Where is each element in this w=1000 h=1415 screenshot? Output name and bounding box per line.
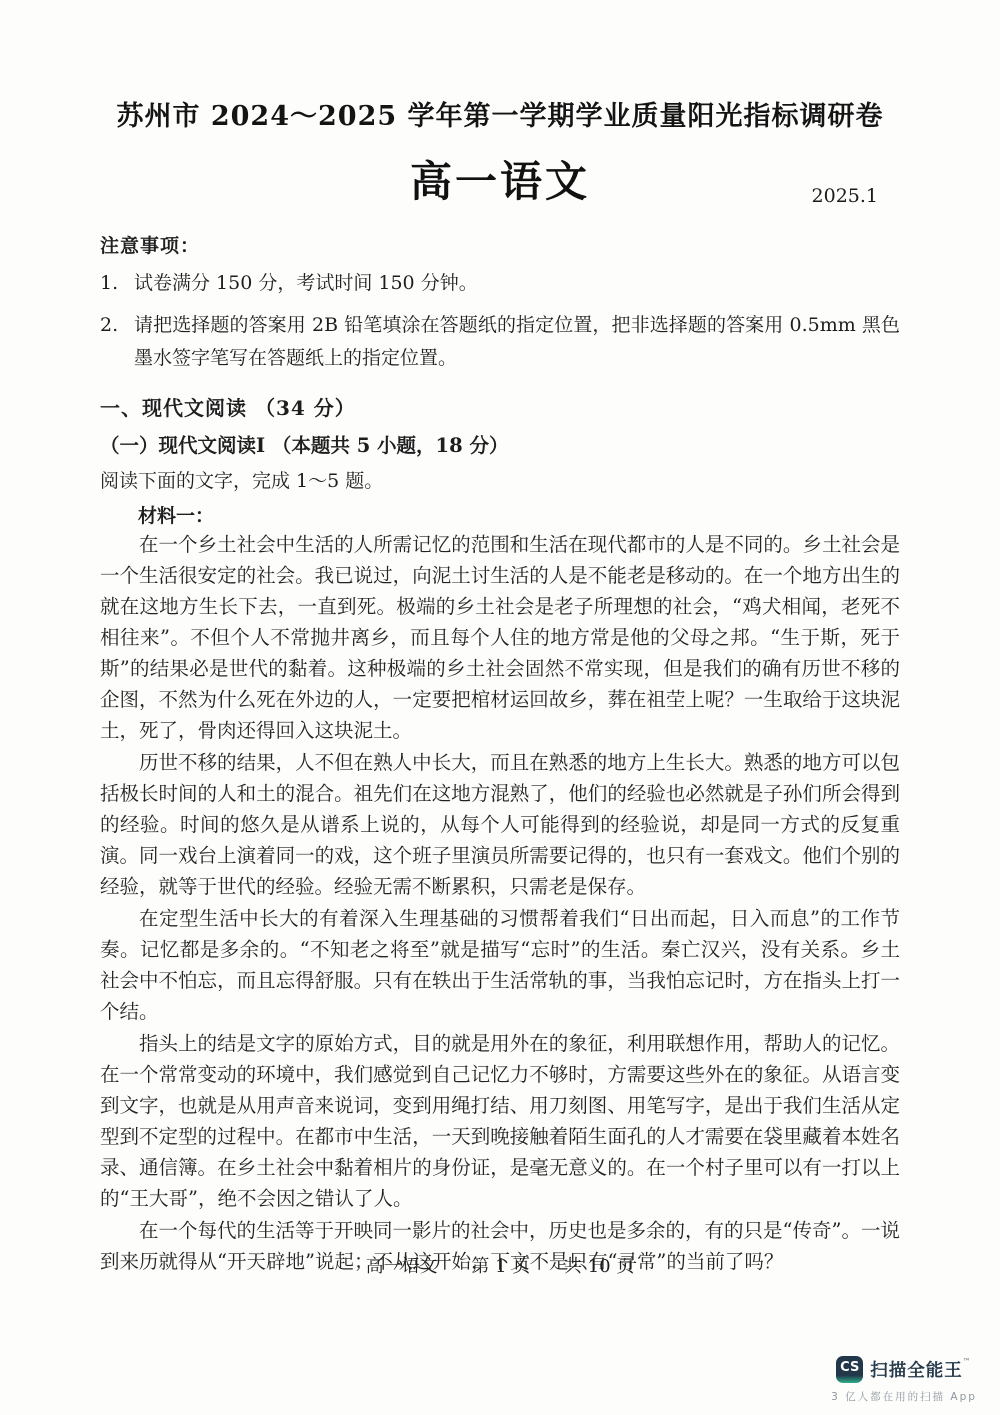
footer-subject: 高一语文 bbox=[366, 1256, 438, 1277]
notice-item-2: 2. 请把选择题的答案用 2B 铅笔填涂在答题纸的指定位置，把非选择题的答案用 … bbox=[100, 309, 900, 375]
scanner-app-name-text: 扫描全能王 bbox=[870, 1361, 963, 1381]
page-footer: 高一语文 第 1 页 共 10 页 bbox=[0, 1252, 1000, 1278]
notice-item-text: 请把选择题的答案用 2B 铅笔填涂在答题纸的指定位置，把非选择题的答案用 0.5… bbox=[134, 309, 900, 375]
exam-page: 苏州市 2024～2025 学年第一学期学业质量阳光指标调研卷 高一语文 202… bbox=[100, 0, 900, 1277]
material-paragraph: 在一个乡土社会中生活的人所需记忆的范围和生活在现代都市的人是不同的。乡土社会是一… bbox=[100, 529, 900, 746]
section-heading-part-one: 一、现代文阅读 （34 分） bbox=[100, 392, 900, 421]
exam-subject: 高一语文 bbox=[100, 149, 900, 209]
scanner-watermark-row: CS 扫描全能王™ bbox=[824, 1356, 984, 1383]
material-paragraph: 指头上的结是文字的原始方式，目的就是用外在的象征，利用联想作用，帮助人的记忆。在… bbox=[100, 1028, 900, 1214]
exam-title: 苏州市 2024～2025 学年第一学期学业质量阳光指标调研卷 bbox=[100, 94, 900, 133]
exam-date: 2025.1 bbox=[812, 185, 878, 207]
material-one-body: 在一个乡土社会中生活的人所需记忆的范围和生活在现代都市的人是不同的。乡土社会是一… bbox=[100, 529, 900, 1277]
notice-item-number: 1. bbox=[100, 267, 134, 300]
scanner-watermark: CS 扫描全能王™ 3 亿人都在用的扫描 App bbox=[824, 1356, 984, 1404]
subject-row: 高一语文 2025.1 bbox=[100, 149, 900, 209]
reading-instruction: 阅读下面的文字，完成 1～5 题。 bbox=[100, 466, 900, 493]
section-subheading-reading-one: （一）现代文阅读Ⅰ （本题共 5 小题，18 分） bbox=[100, 430, 900, 458]
notice-item-text: 试卷满分 150 分，考试时间 150 分钟。 bbox=[134, 267, 900, 300]
trademark-symbol: ™ bbox=[963, 1357, 972, 1366]
material-paragraph: 在定型生活中长大的有着深入生理基础的习惯帮着我们“日出而起，日入而息”的工作节奏… bbox=[100, 903, 900, 1027]
notice-heading: 注意事项： bbox=[100, 231, 900, 258]
material-one-label: 材料一： bbox=[100, 501, 900, 528]
footer-page-number: 第 1 页 bbox=[471, 1256, 530, 1277]
camscanner-logo-icon: CS bbox=[836, 1356, 863, 1383]
notice-item-1: 1. 试卷满分 150 分，考试时间 150 分钟。 bbox=[100, 267, 900, 300]
scanner-tagline: 3 亿人都在用的扫描 App bbox=[824, 1389, 984, 1404]
material-paragraph: 历世不移的结果，人不但在熟人中长大，而且在熟悉的地方上生长大。熟悉的地方可以包括… bbox=[100, 747, 900, 902]
notice-section: 注意事项： 1. 试卷满分 150 分，考试时间 150 分钟。 2. 请把选择… bbox=[100, 231, 900, 375]
footer-page-total: 共 10 页 bbox=[564, 1256, 634, 1277]
scanner-app-name: 扫描全能王™ bbox=[870, 1357, 972, 1382]
notice-item-number: 2. bbox=[100, 309, 134, 375]
